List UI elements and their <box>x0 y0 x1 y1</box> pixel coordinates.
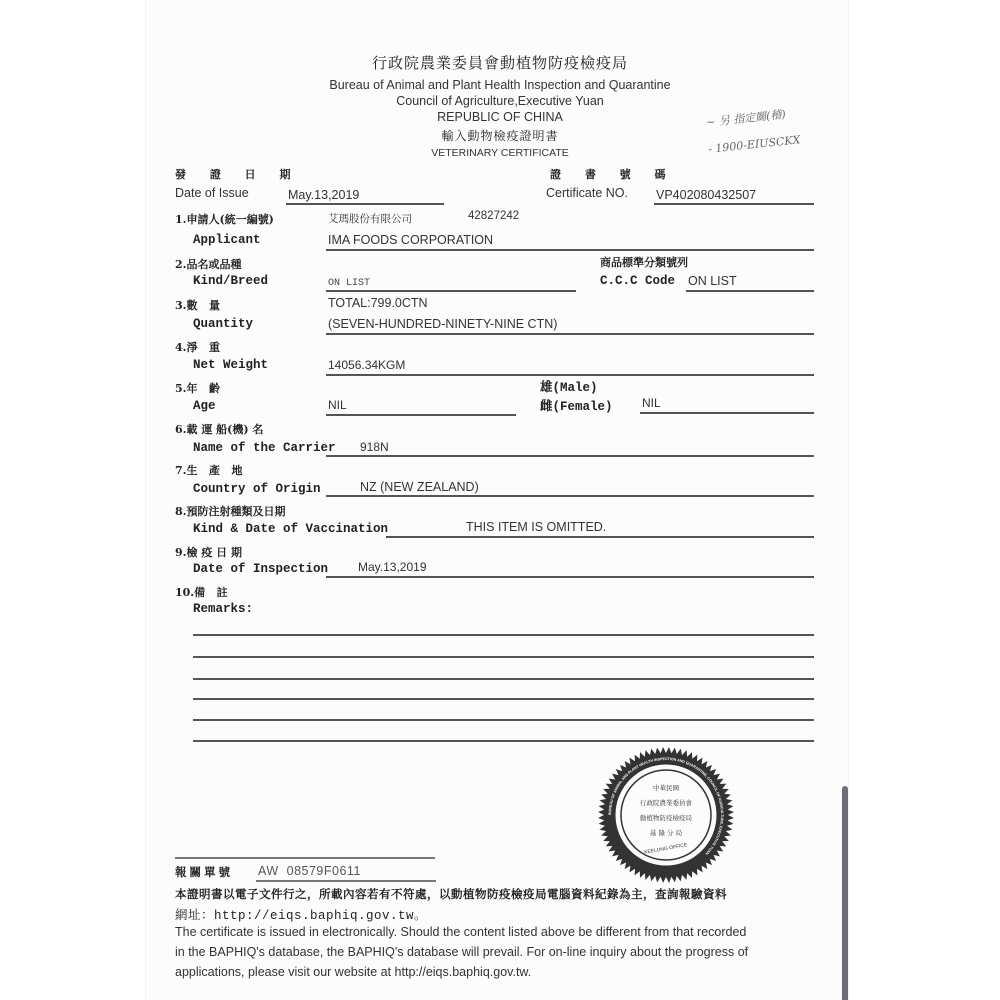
sex-value: NIL <box>642 396 661 410</box>
female-label: 雌(Female) <box>540 396 613 414</box>
certificate-no-value: VP402080432507 <box>656 188 756 202</box>
applicant-tax-id: 42827242 <box>468 210 519 222</box>
field-underline <box>326 576 814 578</box>
carrier-label-zh: 6.載 運 船(機) 名 <box>175 421 263 437</box>
ccc-code-label: C.C.C Code <box>600 274 675 288</box>
date-of-issue-label-zh: 發 證 日 期 <box>175 166 301 182</box>
divider <box>175 857 435 859</box>
age-value: NIL <box>328 398 347 412</box>
kind-label: Kind/Breed <box>193 274 268 288</box>
age-label-zh: 5.年 齡 <box>175 380 220 396</box>
agency-name-zh: 行政院農業委員會動植物防疫檢疫局 <box>0 52 1000 73</box>
origin-value: NZ (NEW ZEALAND) <box>360 480 479 494</box>
certificate-no-label-zh: 證 書 號 碼 <box>550 166 676 182</box>
seal-text: 行政院農業委員會 <box>640 798 693 807</box>
field-underline <box>686 290 814 292</box>
seal-text: 中華民國 <box>653 783 680 792</box>
field-underline <box>326 290 576 292</box>
kind-label-zh: 2.品名或品種 <box>175 256 241 272</box>
field-underline <box>654 203 814 205</box>
seal-text: 動植物防疫檢疫局 <box>640 813 693 822</box>
doc-title-en: VETERINARY CERTIFICATE <box>0 147 1000 159</box>
notice-zh-url: 網址：http://eiqs.baphiq.gov.tw。 <box>175 905 427 923</box>
net-weight-value: 14056.34KGM <box>328 358 405 372</box>
scrollbar[interactable] <box>842 786 848 1000</box>
field-underline <box>326 333 814 335</box>
quantity-total: TOTAL:799.0CTN <box>328 296 428 310</box>
inspection-label: Date of Inspection <box>193 562 328 576</box>
field-underline <box>326 249 814 251</box>
notice-en-line: applications, please visit our website a… <box>175 962 531 982</box>
notice-en-line: in the BAPHIQ's database, the BAPHIQ's d… <box>175 942 748 962</box>
field-underline <box>326 455 814 457</box>
origin-label-zh: 7.生 產 地 <box>175 462 242 478</box>
kind-value: ON LIST <box>328 278 370 289</box>
customs-declaration-value: AW 08579F0611 <box>258 864 361 878</box>
remarks-line <box>193 678 814 680</box>
vaccination-value: THIS ITEM IS OMITTED. <box>466 520 606 534</box>
certificate-no-label: Certificate NO. <box>546 186 628 200</box>
date-of-issue-label: Date of Issue <box>175 186 249 200</box>
net-weight-label-zh: 4.淨 重 <box>175 339 220 355</box>
age-label: Age <box>193 399 216 413</box>
field-underline <box>640 412 814 414</box>
origin-label: Country of Origin <box>193 482 321 496</box>
ccc-code-value: ON LIST <box>688 274 737 288</box>
field-underline <box>326 414 516 416</box>
applicant-label-zh: 1.申請人(統一編號) <box>175 211 274 227</box>
carrier-label: Name of the Carrier <box>193 441 336 455</box>
vaccination-label: Kind & Date of Vaccination <box>193 522 388 536</box>
carrier-value: 918N <box>360 440 389 454</box>
field-underline <box>286 203 444 205</box>
customs-declaration-label: 報關單號 <box>175 864 233 880</box>
field-underline <box>256 880 436 882</box>
applicant-value: IMA FOODS CORPORATION <box>328 233 493 247</box>
quantity-words: (SEVEN-HUNDRED-NINETY-NINE CTN) <box>328 317 557 331</box>
doc-title-zh: 輸入動物檢疫證明書 <box>0 127 1000 144</box>
remarks-line <box>193 656 814 658</box>
field-underline <box>326 374 814 376</box>
net-weight-label: Net Weight <box>193 358 268 372</box>
field-underline <box>326 495 814 497</box>
remarks-line <box>193 634 814 636</box>
remarks-line <box>193 719 814 721</box>
notice-en-line: The certificate is issued in electronica… <box>175 922 746 942</box>
inspection-label-zh: 9.檢 疫 日 期 <box>175 544 242 560</box>
agency-name-en: Bureau of Animal and Plant Health Inspec… <box>0 78 1000 92</box>
vaccination-label-zh: 8.預防注射種類及日期 <box>175 503 285 519</box>
seal-text: 基 隆 分 局 <box>650 828 683 837</box>
date-of-issue-value: May.13,2019 <box>288 188 359 202</box>
notice-zh: 本證明書以電子文件行之，所載內容若有不符處，以動植物防疫檢疫局電腦資料紀錄為主，… <box>175 886 727 902</box>
council-name: Council of Agriculture,Executive Yuan <box>0 94 1000 108</box>
remarks-label-zh: 10.備 註 <box>175 584 228 600</box>
quantity-label: Quantity <box>193 317 253 331</box>
quantity-label-zh: 3.數 量 <box>175 297 220 313</box>
applicant-name-zh: 艾瑪股份有限公司 <box>328 211 412 226</box>
remarks-line <box>193 740 814 742</box>
field-underline <box>386 536 814 538</box>
remarks-label: Remarks: <box>193 602 253 616</box>
applicant-label: Applicant <box>193 233 261 247</box>
inspection-value: May.13,2019 <box>358 560 427 574</box>
remarks-line <box>193 698 814 700</box>
country-name: REPUBLIC OF CHINA <box>0 110 1000 124</box>
male-label: 雄(Male) <box>540 377 598 395</box>
official-seal-icon: 中華民國 行政院農業委員會 動植物防疫檢疫局 基 隆 分 局 KEELUNG O… <box>596 745 736 885</box>
ccc-label-zh: 商品標準分類號列 <box>600 254 688 270</box>
